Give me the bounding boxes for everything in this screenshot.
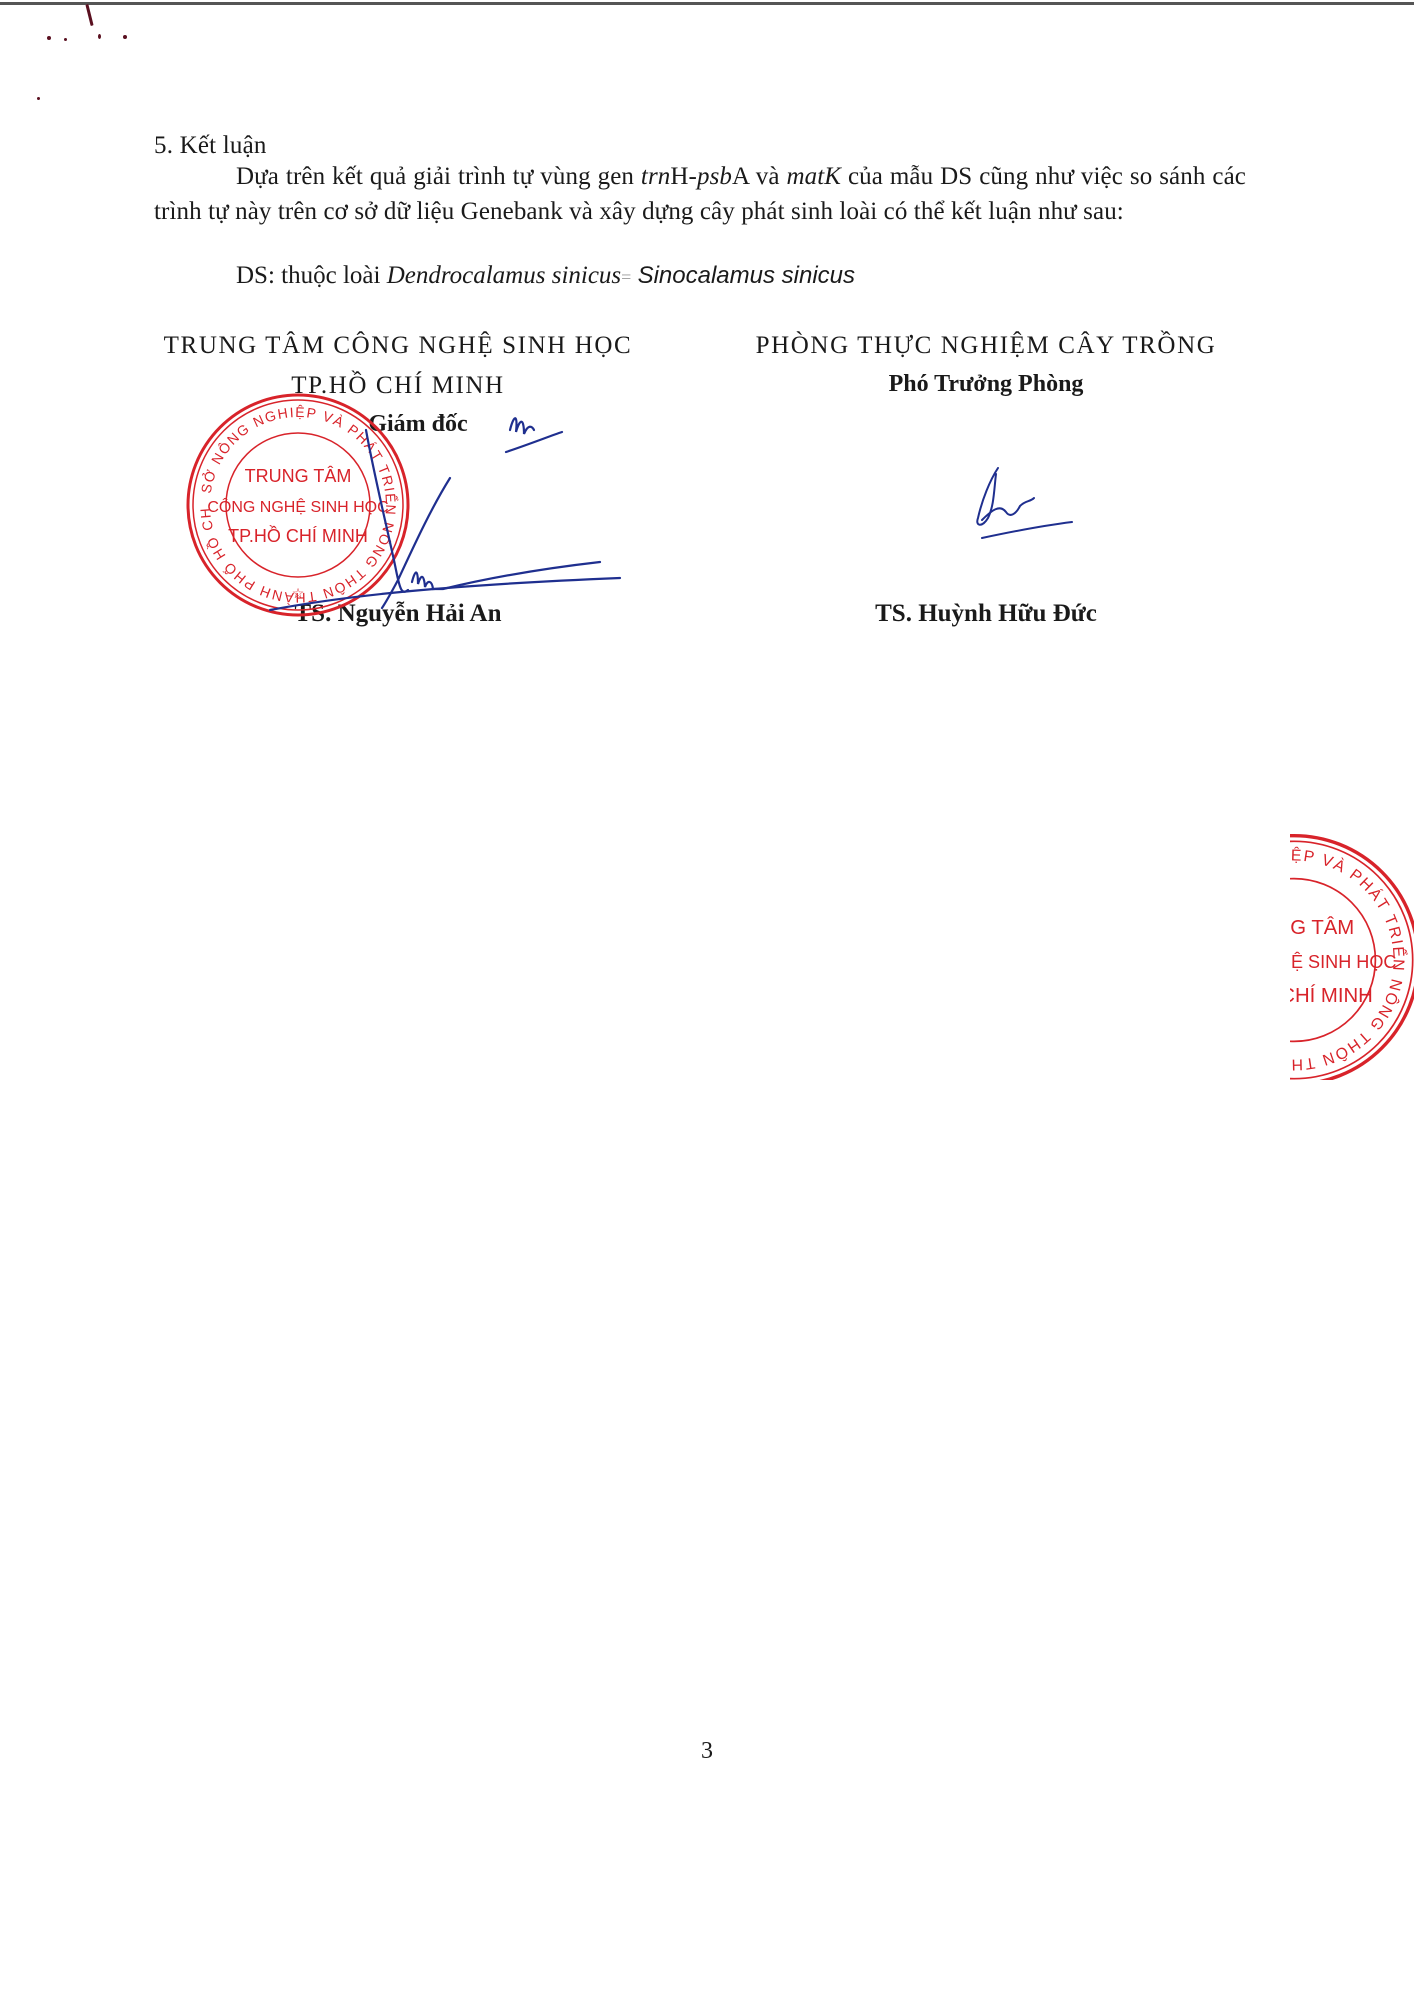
conclusion-statement: DS: thuộc loài Dendrocalamus sinicus= Si…: [236, 262, 855, 290]
svg-text:TP.HỒ CHÍ MINH: TP.HỒ CHÍ MINH: [1290, 983, 1373, 1007]
signature-block-right: PHÒNG THỰC NGHIỆM CÂY TRỒNG Phó Trưởng P…: [716, 326, 1256, 402]
department-name: PHÒNG THỰC NGHIỆM CÂY TRỒNG: [716, 326, 1256, 366]
section-title: 5. Kết luận: [154, 132, 267, 160]
signatory-role: Phó Trưởng Phòng: [716, 366, 1256, 402]
scan-speck: [123, 35, 127, 39]
scan-speck: [98, 34, 101, 39]
svg-text:CÔNG NGHỆ SINH HỌC: CÔNG NGHỆ SINH HỌC: [1290, 951, 1396, 972]
signature-right: [960, 460, 1100, 540]
synonym-separator: =: [621, 267, 631, 287]
organization-name: TRUNG TÂM CÔNG NGHỆ SINH HỌC: [128, 326, 668, 366]
conclusion-prefix: DS: thuộc loài: [236, 262, 387, 289]
signature-left: [150, 390, 650, 630]
signatory-name-right: TS. Huỳnh Hữu Đức: [716, 600, 1256, 628]
page-number: 3: [0, 1738, 1414, 1765]
scan-mark: [85, 4, 93, 26]
species-synonym: Sinocalamus sinicus: [638, 262, 855, 289]
seal-fragment: TRUNG TÂM CÔNG NGHỆ SINH HỌC TP.HỒ CHÍ M…: [1290, 830, 1414, 1080]
partial-seal-right-edge: TRUNG TÂM CÔNG NGHỆ SINH HỌC TP.HỒ CHÍ M…: [1290, 820, 1414, 1080]
scan-top-edge: [0, 2, 1414, 5]
svg-text:TRUNG TÂM: TRUNG TÂM: [1290, 916, 1354, 939]
scan-speck: [64, 38, 67, 41]
scan-speck: [37, 97, 40, 100]
scan-speck: [47, 36, 51, 40]
species-name: Dendrocalamus sinicus: [387, 262, 621, 289]
conclusion-paragraph: Dựa trên kết quả giải trình tự vùng gen …: [154, 160, 1246, 229]
